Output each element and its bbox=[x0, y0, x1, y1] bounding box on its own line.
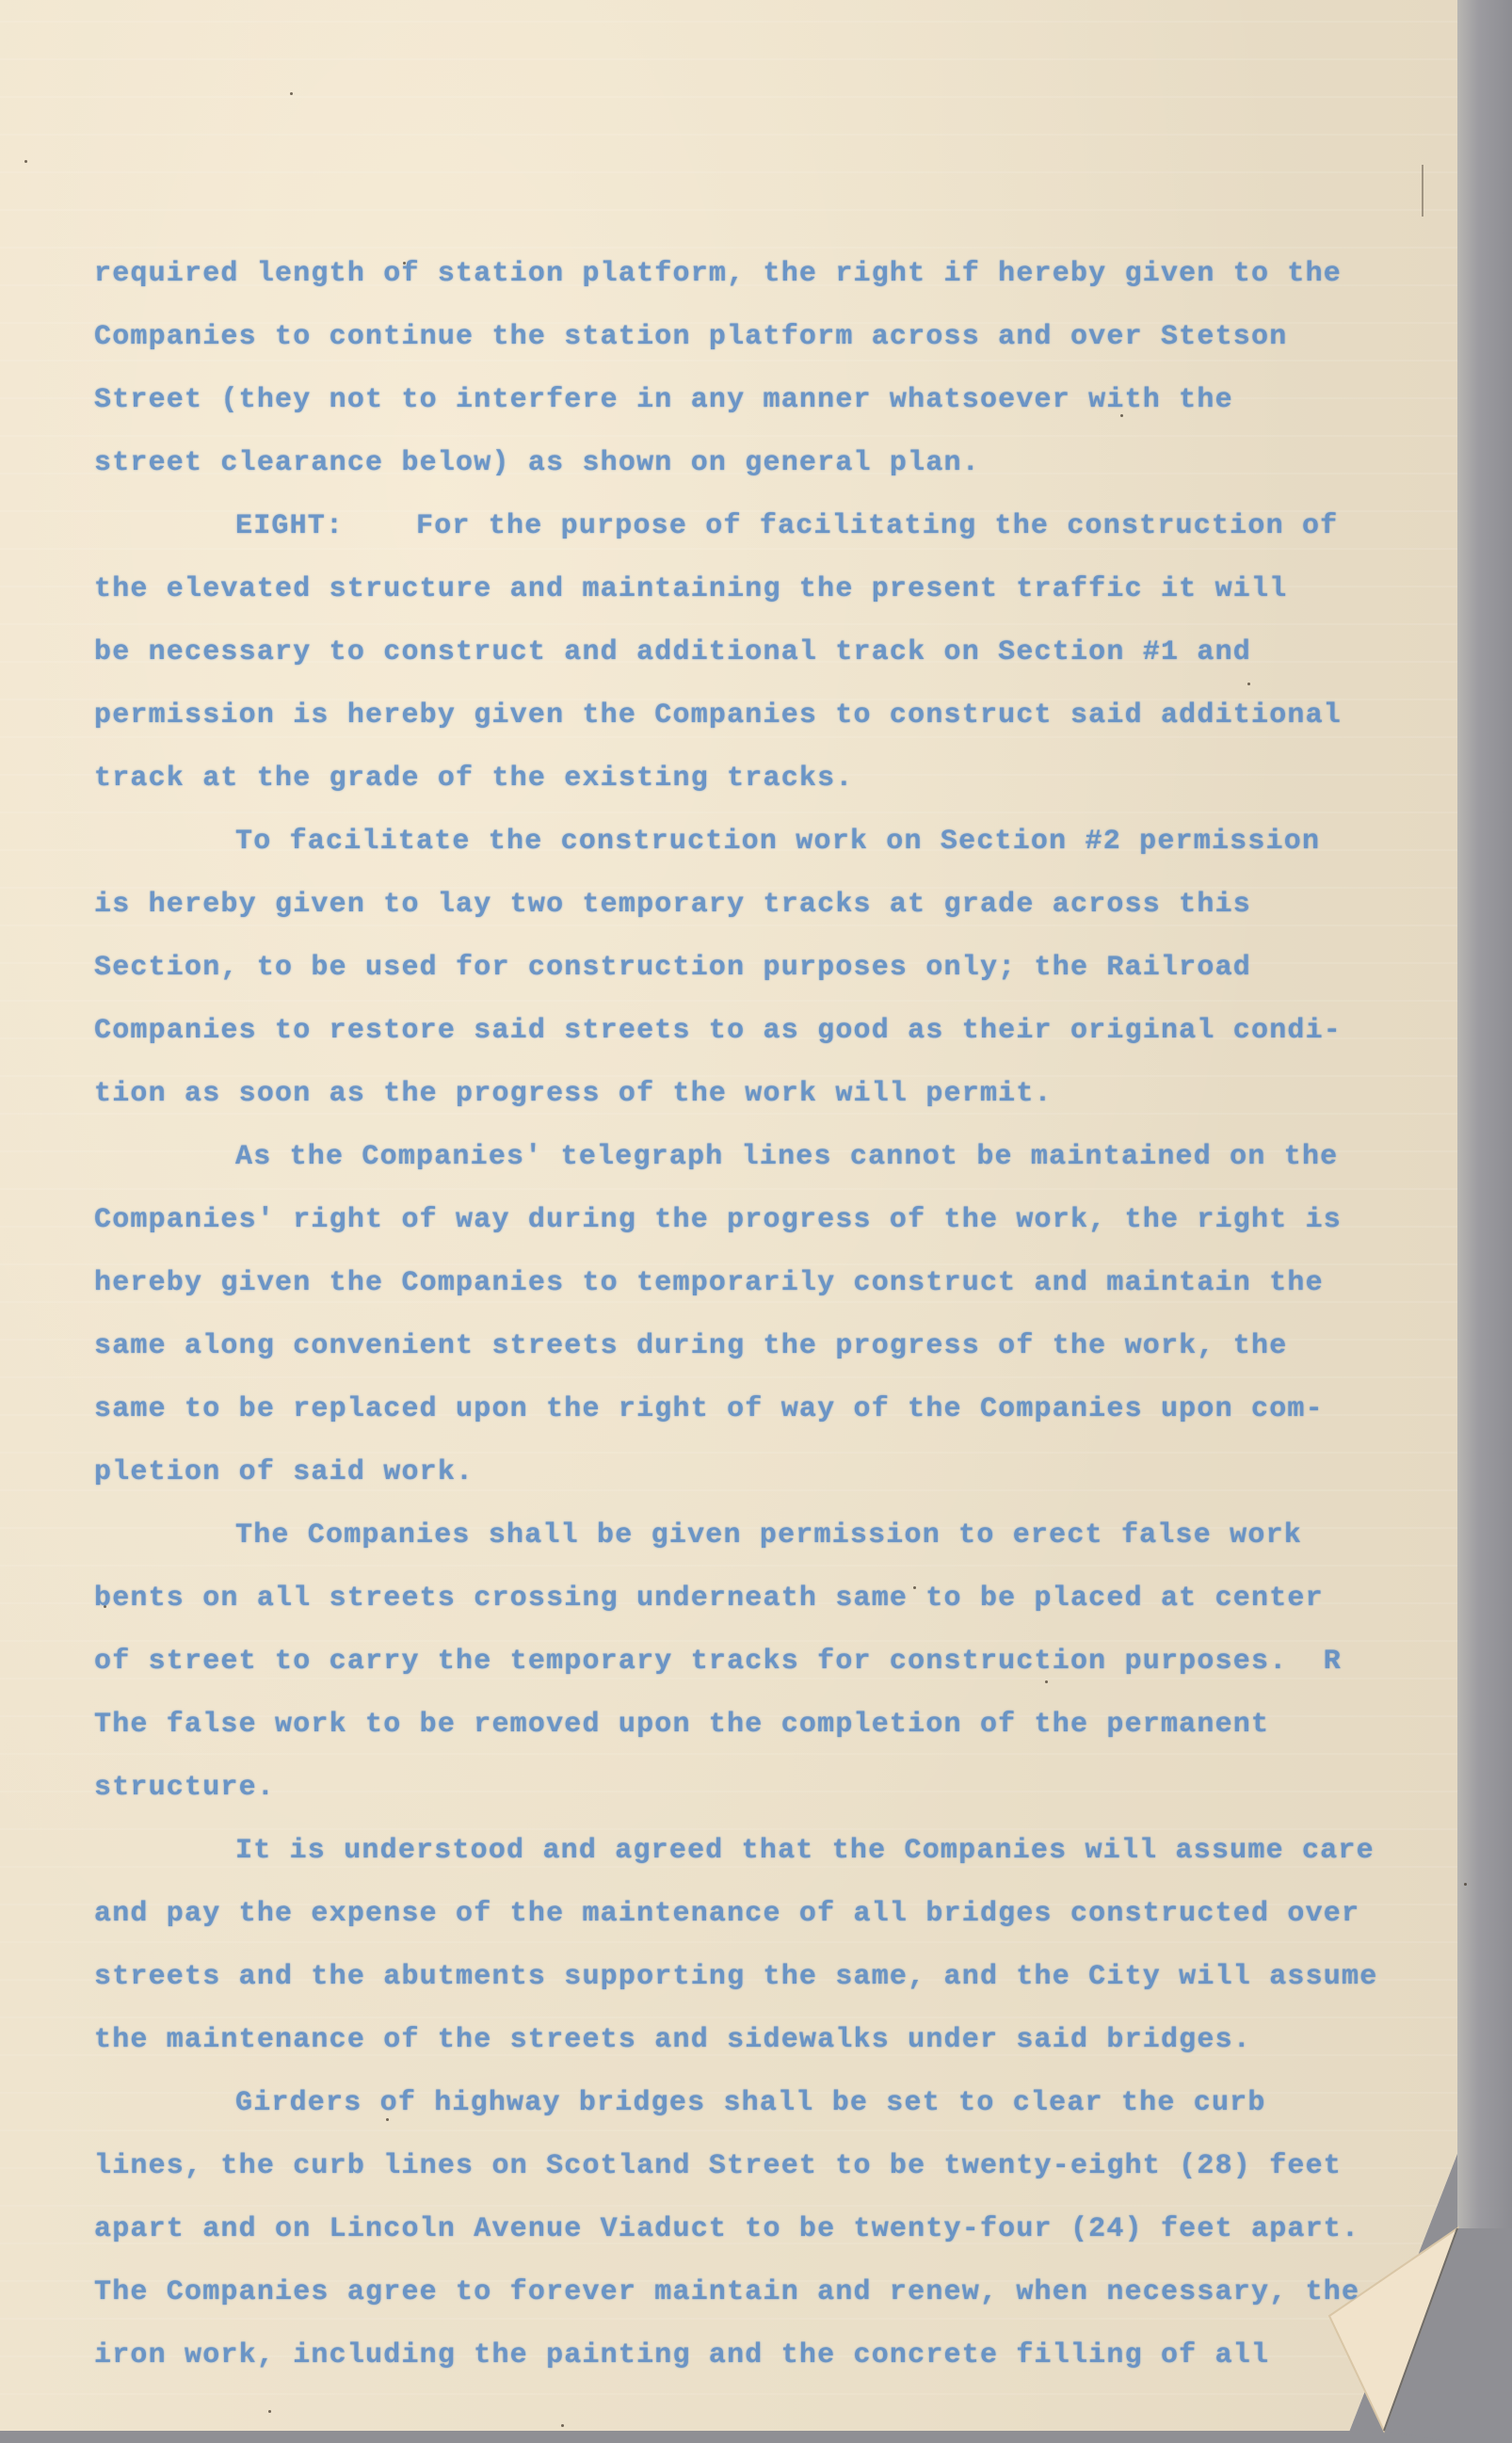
paragraph-first-line: The Companies shall be given permission … bbox=[94, 1504, 1431, 1567]
text-line: street clearance below) as shown on gene… bbox=[94, 432, 1431, 495]
text-line: required length of station platform, the… bbox=[94, 243, 1431, 306]
text-line: is hereby given to lay two temporary tra… bbox=[94, 874, 1431, 937]
scanner-background-edge bbox=[1457, 0, 1512, 2443]
text-line: The Companies agree to forever maintain … bbox=[94, 2261, 1431, 2324]
section-heading-eight: EIGHT: For the purpose of facilitating t… bbox=[94, 495, 1431, 558]
margin-pencil-mark bbox=[1422, 165, 1424, 217]
text-line: bents on all streets crossing underneath… bbox=[94, 1567, 1431, 1631]
text-line: apart and on Lincoln Avenue Viaduct to b… bbox=[94, 2198, 1431, 2261]
text-line: structure. bbox=[94, 1757, 1431, 1820]
text-line: the maintenance of the streets and sidew… bbox=[94, 2009, 1431, 2072]
paragraph-first-line: Girders of highway bridges shall be set … bbox=[94, 2072, 1431, 2135]
text-line: lines, the curb lines on Scotland Street… bbox=[94, 2135, 1431, 2198]
text-line: be necessary to construct and additional… bbox=[94, 621, 1431, 684]
text-line: Companies to restore said streets to as … bbox=[94, 1000, 1431, 1063]
text-line: and pay the expense of the maintenance o… bbox=[94, 1883, 1431, 1946]
text-line: pletion of said work. bbox=[94, 1441, 1431, 1504]
text-line: same along convenient streets during the… bbox=[94, 1315, 1431, 1378]
paragraph-first-line: As the Companies' telegraph lines cannot… bbox=[94, 1126, 1431, 1189]
text-line: streets and the abutments supporting the… bbox=[94, 1946, 1431, 2009]
text-line: The false work to be removed upon the co… bbox=[94, 1694, 1431, 1757]
text-line: the elevated structure and maintaining t… bbox=[94, 558, 1431, 621]
text-line: Section, to be used for construction pur… bbox=[94, 937, 1431, 1000]
text-line: Street (they not to interfere in any man… bbox=[94, 369, 1431, 432]
text-line: iron work, including the painting and th… bbox=[94, 2324, 1431, 2387]
paragraph-first-line: It is understood and agreed that the Com… bbox=[94, 1820, 1431, 1883]
text-line: tion as soon as the progress of the work… bbox=[94, 1063, 1431, 1126]
text-line: same to be replaced upon the right of wa… bbox=[94, 1378, 1431, 1441]
text-line: of street to carry the temporary tracks … bbox=[94, 1631, 1431, 1694]
text-line: hereby given the Companies to temporaril… bbox=[94, 1252, 1431, 1315]
text-line: permission is hereby given the Companies… bbox=[94, 684, 1431, 747]
paragraph-first-line: To facilitate the construction work on S… bbox=[94, 811, 1431, 874]
text-line: Companies' right of way during the progr… bbox=[94, 1189, 1431, 1252]
text-line: track at the grade of the existing track… bbox=[94, 747, 1431, 811]
document-body: required length of station platform, the… bbox=[94, 243, 1431, 2387]
text-line: Companies to continue the station platfo… bbox=[94, 306, 1431, 369]
